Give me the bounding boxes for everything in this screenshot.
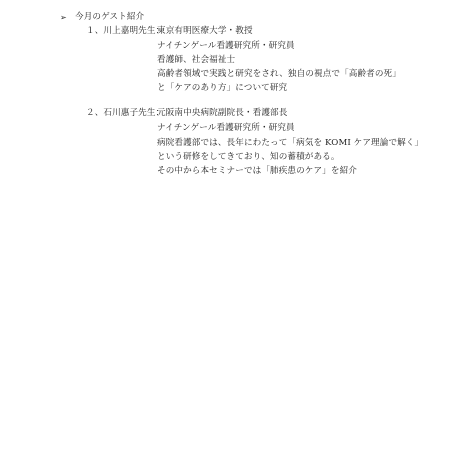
guest-detail-line: という研修をしてきており、知の蓄積がある。	[157, 152, 340, 163]
guest-label: １、川上嘉明先生：	[86, 26, 164, 37]
guest-detail-line: その中から本セミナーでは「肺疾患のケア」を紹介	[157, 166, 357, 177]
guest-detail-line: と「ケアのあり方」について研究	[157, 83, 287, 94]
section-heading: 今月のゲスト紹介	[75, 12, 144, 23]
document-page: ➢ 今月のゲスト紹介 １、川上嘉明先生： 東京有明医療大学・教授 ナイチンゲール…	[0, 0, 460, 460]
guest-detail-line: ナイチンゲール看護研究所・研究員	[157, 123, 295, 134]
guest-label: ２、石川惠子先生：	[86, 108, 164, 119]
guest-detail-line: 元阪南中央病院副院長・看護部長	[157, 108, 287, 119]
guest-detail-line: 高齢者領域で実践と研究をされ、独自の視点で「高齢者の死」	[157, 69, 401, 80]
guest-detail-line: ナイチンゲール看護研究所・研究員	[157, 41, 295, 52]
guest-detail-line: 病院看護部では、長年にわたって「病気を KOMI ケア理論で解く」	[157, 138, 423, 149]
guest-detail-line: 看護師、社会福祉士	[157, 55, 235, 66]
guest-detail-line: 東京有明医療大学・教授	[157, 26, 253, 37]
arrow-bullet-icon: ➢	[60, 12, 67, 23]
